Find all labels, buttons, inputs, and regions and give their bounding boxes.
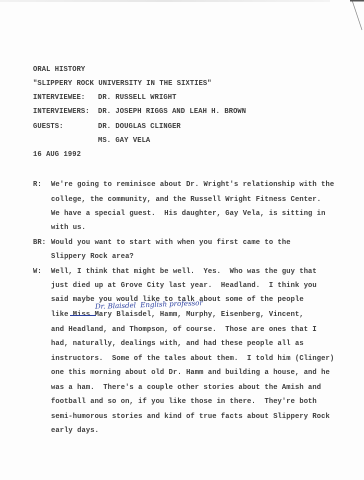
- transcript-line: Well, I think that might be well. Yes. W…: [51, 268, 317, 277]
- strikethrough-mark: [70, 315, 96, 316]
- transcript-line: with us.: [51, 224, 86, 233]
- transcript-line: instructors. Some of the tales about the…: [51, 355, 334, 364]
- guest-2: MS. GAY VELA: [98, 137, 150, 146]
- transcript-line: college, the community, and the Russell …: [51, 196, 321, 205]
- interviewee-label: INTERVIEWEE:: [33, 94, 85, 103]
- transcript-line: and Headland, and Thompson, of course. T…: [51, 326, 317, 335]
- interview-date: 16 AUG 1992: [33, 151, 81, 160]
- transcript-line: We have a special guest. His daughter, G…: [51, 210, 326, 219]
- interviewers-label: INTERVIEWERS:: [33, 108, 90, 117]
- page-corner-fold: [344, 0, 364, 60]
- guest-1: DR. DOUGLAS CLINGER: [98, 123, 181, 132]
- transcript-line: early days.: [51, 427, 99, 436]
- speaker-label: W:: [33, 268, 42, 277]
- transcript-line: semi-humorous stories and kind of true f…: [51, 413, 330, 422]
- transcript-line: one this morning about old Dr. Hamm and …: [51, 369, 330, 378]
- document-page: ORAL HISTORY "SLIPPERY ROCK UNIVERSITY I…: [0, 0, 364, 480]
- doc-series: "SLIPPERY ROCK UNIVERSITY IN THE SIXTIES…: [33, 80, 212, 89]
- transcript-line: football and so on, if you like those in…: [51, 398, 317, 407]
- speaker-label: BR:: [33, 239, 46, 248]
- interviewers-names: DR. JOSEPH RIGGS AND LEAH H. BROWN: [98, 108, 246, 117]
- interviewee-name: DR. RUSSELL WRIGHT: [98, 94, 176, 103]
- transcript-line: We're going to reminisce about Dr. Wrigh…: [51, 181, 334, 190]
- transcript-line: had, naturally, dealings with, and had t…: [51, 340, 304, 349]
- transcript-line: Slippery Rock area?: [51, 253, 134, 262]
- doc-title: ORAL HISTORY: [33, 66, 85, 75]
- guests-label: GUESTS:: [33, 123, 64, 132]
- transcript-line: was a ham. There's a couple other storie…: [51, 384, 321, 393]
- transcript-line: Would you want to start with when you fi…: [51, 239, 291, 248]
- speaker-label: R:: [33, 181, 42, 190]
- transcript-line: just died up at Grove City last year. He…: [51, 282, 317, 291]
- scan-edge-line: [0, 0, 330, 2]
